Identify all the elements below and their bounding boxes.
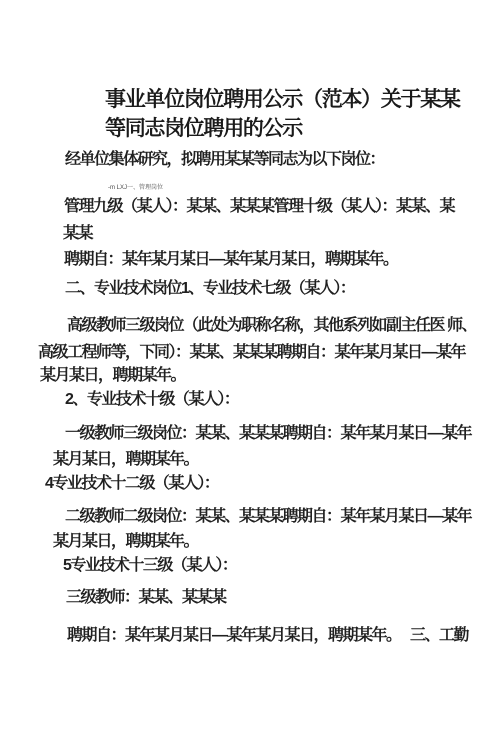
final-term-section3-line: 聘期自：某年某月某日—某年某月某日，聘期某年。 三、工勤 (67, 628, 468, 644)
item2-grade10-line: 2、专业技术十级（某人）： (65, 392, 238, 408)
section2-professional-posts-line: 二、专业技术岗位1、专业技术七级（某人）： (65, 281, 354, 297)
intro-line: 经单位集体研究，拟聘用某某等同志为以下岗位： (65, 152, 384, 168)
management-term-line: 聘期自：某年某月某日—某年某月某日，聘期某年。 (64, 252, 398, 268)
senior-teacher-line-2: 高级工程师等，下同）：某某、某某某聘期自：某年某月某日—某年 (38, 345, 465, 361)
senior-teacher-line-1: 高级教师三级岗位（此处为职称名称，其他系列如副主任医 师、 (67, 318, 476, 334)
management-grade9-line-1: 管理九级（某人）：某某、某某某管理十级（某人）：某某、某 (64, 199, 454, 215)
doc-title-line-1: 事业单位岗位聘用公示（范本）关于某某 (105, 88, 460, 111)
doc-title-line-2: 等同志岗位聘用的公示 (105, 117, 302, 140)
first-level-teacher-line-1: 一级教师三级岗位：某某、某某某聘期自：某年某月某日—某年 (65, 426, 471, 442)
item4-grade12-line: 4专业技术十二级（某人）： (45, 476, 218, 492)
senior-teacher-line-3: 某月某日，聘期某年。 (40, 368, 185, 384)
third-level-teacher-line: 三级教师：某某、某某某 (66, 590, 226, 606)
first-level-teacher-line-2: 某月某日，聘期某年。 (53, 452, 198, 468)
management-grade9-line-2: 某某 (63, 226, 92, 242)
second-level-teacher-line-2: 某月某日，聘期某年。 (53, 534, 198, 550)
second-level-teacher-line-1: 二级教师二级岗位：某某、某某某聘期自：某年某月某日—某年 (65, 509, 471, 525)
document-page: 事业单位岗位聘用公示（范本）关于某某 等同志岗位聘用的公示 经单位集体研究，拟聘… (0, 0, 500, 732)
mini-annotation-text: -m LXJ一、管理岗位 (108, 185, 163, 191)
item5-grade13-line: 5专业技术十三级（某人）： (63, 558, 236, 574)
